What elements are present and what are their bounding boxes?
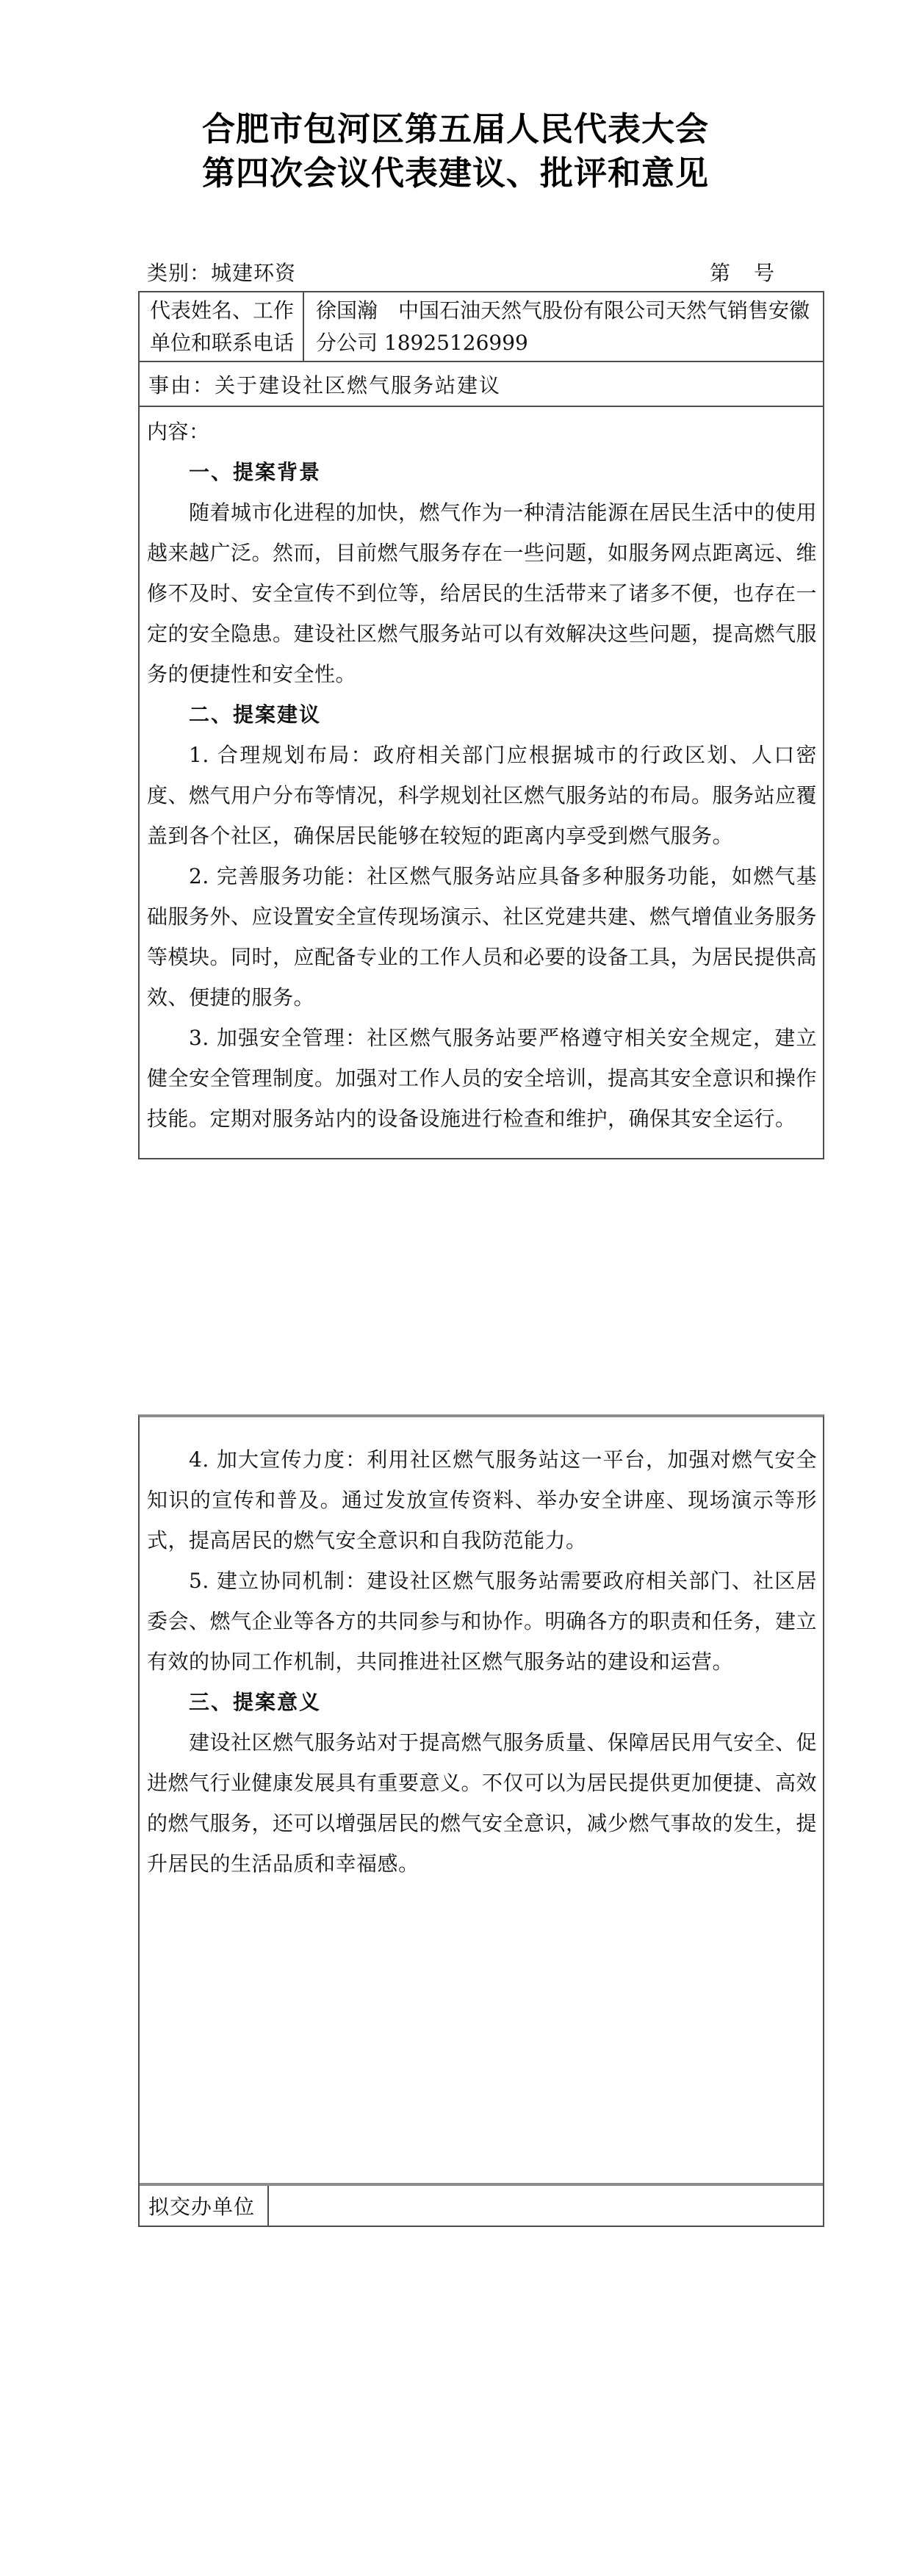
subject-row: 事由：关于建设社区燃气服务站建议 bbox=[140, 362, 823, 407]
paragraph-background: 随着城市化进程的加快，燃气作为一种清洁能源在居民生活中的使用越来越广泛。然而，目… bbox=[147, 492, 817, 694]
serial-number-label: 第 号 bbox=[710, 259, 776, 288]
assign-unit-value-cell bbox=[269, 2186, 823, 2226]
paragraph-suggestion-4: 4. 加大宣传力度：利用社区燃气服务站这一平台，加强对燃气安全知识的宣传和普及。… bbox=[147, 1439, 817, 1561]
meta-row: 类别：城建环资 第 号 bbox=[0, 259, 911, 289]
rep-label-line1: 代表姓名、工作 bbox=[150, 295, 303, 327]
paragraph-suggestion-5: 5. 建立协同机制：建设社区燃气服务站需要政府相关部门、社区居委会、燃气企业等各… bbox=[147, 1561, 817, 1682]
assign-unit-label-cell: 拟交办单位 bbox=[140, 2186, 269, 2226]
content-label: 内容： bbox=[147, 411, 817, 452]
section-heading-suggestions: 二、提案建议 bbox=[147, 694, 817, 735]
content-cell-page1: 内容： 一、提案背景 随着城市化进程的加快，燃气作为一种清洁能源在居民生活中的使… bbox=[140, 407, 823, 1158]
rep-value-line2: 分公司 18925126999 bbox=[316, 327, 823, 359]
category-value: 城建环资 bbox=[211, 261, 296, 285]
assign-unit-label: 拟交办单位 bbox=[148, 2191, 255, 2220]
representative-info-row: 代表姓名、工作 单位和联系电话 徐国瀚 中国石油天然气股份有限公司天然气销售安徽… bbox=[140, 292, 823, 362]
representative-info-value-cell: 徐国瀚 中国石油天然气股份有限公司天然气销售安徽 分公司 18925126999 bbox=[304, 292, 823, 361]
proposal-table-page1: 代表姓名、工作 单位和联系电话 徐国瀚 中国石油天然气股份有限公司天然气销售安徽… bbox=[138, 291, 824, 1159]
paragraph-significance: 建设社区燃气服务站对于提高燃气服务质量、保障居民用气安全、促进燃气行业健康发展具… bbox=[147, 1722, 817, 1884]
paragraph-suggestion-1: 1. 合理规划布局：政府相关部门应根据城市的行政区划、人口密度、燃气用户分布等情… bbox=[147, 735, 817, 856]
rep-value-line1: 徐国瀚 中国石油天然气股份有限公司天然气销售安徽 bbox=[316, 295, 823, 327]
content-cell-page2: 4. 加大宣传力度：利用社区燃气服务站这一平台，加强对燃气安全知识的宣传和普及。… bbox=[140, 1417, 823, 2183]
category-field: 类别：城建环资 bbox=[147, 259, 296, 288]
section-heading-significance: 三、提案意义 bbox=[147, 1682, 817, 1722]
document-page: 合肥市包河区第五届人民代表大会 第四次会议代表建议、批评和意见 类别：城建环资 … bbox=[0, 0, 911, 2576]
document-title: 合肥市包河区第五届人民代表大会 第四次会议代表建议、批评和意见 bbox=[0, 107, 911, 195]
document-title-line2: 第四次会议代表建议、批评和意见 bbox=[0, 151, 911, 195]
paragraph-suggestion-2: 2. 完善服务功能：社区燃气服务站应具备多种服务功能，如燃气基础服务外、应设置安… bbox=[147, 856, 817, 1018]
representative-info-label-cell: 代表姓名、工作 单位和联系电话 bbox=[140, 292, 304, 361]
paragraph-suggestion-3: 3. 加强安全管理：社区燃气服务站要严格遵守相关安全规定，建立健全安全管理制度。… bbox=[147, 1018, 817, 1139]
rep-label-line2: 单位和联系电话 bbox=[150, 327, 303, 359]
document-title-line1: 合肥市包河区第五届人民代表大会 bbox=[0, 107, 911, 151]
subject-text: 事由：关于建设社区燃气服务站建议 bbox=[148, 370, 501, 399]
proposal-table-page2: 4. 加大宣传力度：利用社区燃气服务站这一平台，加强对燃气安全知识的宣传和普及。… bbox=[138, 1414, 824, 2227]
category-label: 类别： bbox=[147, 261, 211, 285]
assign-unit-row: 拟交办单位 bbox=[140, 2183, 823, 2226]
section-heading-background: 一、提案背景 bbox=[147, 452, 817, 492]
